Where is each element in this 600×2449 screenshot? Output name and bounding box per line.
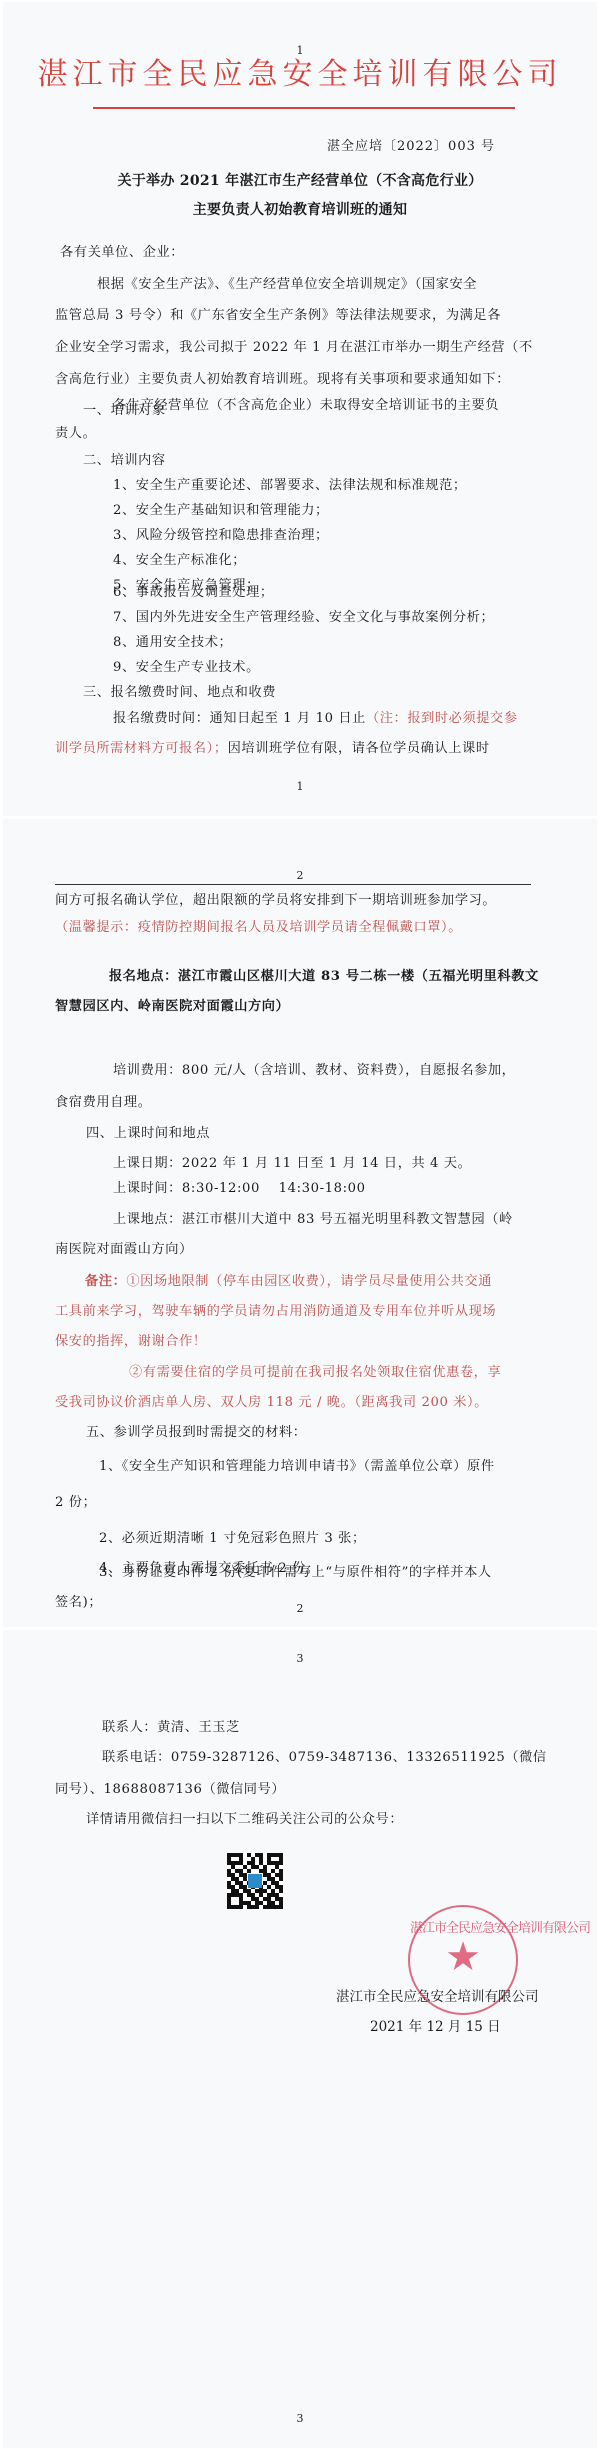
page-number-top: 2 xyxy=(3,869,597,882)
material-item: 2、必须近期清晰 1 寸免冠彩色照片 3 张； xyxy=(99,1527,366,1546)
signature-company: 湛江市全民应急安全培训有限公司 xyxy=(336,1985,539,2005)
content-item: 9、安全生产专业技术。 xyxy=(113,656,260,675)
letterhead-divider xyxy=(93,107,515,109)
note1-text: ①因场地限制（停车由园区收费），请学员尽量使用公共交通 xyxy=(126,1274,492,1289)
page-number-bottom: 2 xyxy=(0,1602,600,1615)
note1-line3: 保安的指挥，谢谢合作！ xyxy=(55,1330,207,1349)
registration-time: 报名缴费时间：通知日起至 1 月 10 日止（注：报到时必须提交参 xyxy=(113,707,518,726)
registration-place-line2: 智慧园区内、岭南医院对面霞山方向） xyxy=(55,995,289,1014)
note2-line1: ②有需要住宿的学员可提前在我司报名处领取住宿优惠卷，享 xyxy=(129,1361,501,1380)
class-place-line1: 上课地点：湛江市椹川大道中 83 号五福光明里科教文智慧园（岭 xyxy=(113,1208,513,1227)
document-page-3: 3 联系人：黄清、王玉芝 联系电话：0759-3287126、0759-3487… xyxy=(3,1630,597,2448)
section-heading: 五、参训学员报到时需提交的材料： xyxy=(86,1421,307,1440)
contact-phone-line1: 联系电话：0759-3287126、0759-3487136、133265119… xyxy=(102,1746,547,1765)
intro-line: 企业安全学习需求，我公司拟于 2022 年 1 月在湛江市举办一期生产经营（不 xyxy=(55,336,533,355)
warm-tip: （温馨提示：疫情防控期间报名人员及培训学员请全程佩戴口罩）。 xyxy=(55,916,462,935)
wechat-instruction: 详情请用微信扫一扫以下二维码关注公司的公众号： xyxy=(86,1808,403,1827)
document-page-1: 1 湛江市全民应急安全培训有限公司 湛全应培〔2022〕003 号 关于举办 2… xyxy=(3,2,597,816)
content-item: 1、安全生产重要论述、部署要求、法律法规和标准规范； xyxy=(113,474,467,493)
registration-time-text: 因培训班学位有限，请各位学员确认上课时 xyxy=(228,741,490,756)
page-number-top: 3 xyxy=(3,1652,597,1665)
note2-line2: 受我司协议价酒店单人房、双人房 118 元 / 晚。（距离我司 200 米）。 xyxy=(55,1391,488,1410)
notice-title-line2: 主要负责人初始教育培训班的通知 xyxy=(3,199,597,219)
salutation: 各有关单位、企业： xyxy=(60,241,184,260)
content-item: 6、事故报告及调查处理； xyxy=(113,581,274,600)
seal-star-icon: ★ xyxy=(410,1937,516,1977)
registration-time-cont: 间方可报名确认学位，超出限额的学员将安排到下一期培训班参加学习。 xyxy=(55,889,496,908)
registration-note: （注：报到时必须提交参 xyxy=(366,711,518,726)
class-time: 上课时间：8:30-12:00 14:30-18:00 xyxy=(113,1177,366,1196)
note-label: 备注： xyxy=(85,1274,126,1289)
document-number: 湛全应培〔2022〕003 号 xyxy=(327,135,495,154)
class-place-line2: 南医院对面霞山方向） xyxy=(55,1238,193,1257)
content-item: 8、通用安全技术； xyxy=(113,631,232,650)
fee-line2: 食宿费用自理。 xyxy=(55,1091,152,1110)
page-number-bottom: 1 xyxy=(3,780,597,793)
qr-code-icon[interactable] xyxy=(227,1853,283,1909)
intro-line: 根据《安全生产法》、《生产经营单位安全培训规定》（国家安全 xyxy=(97,273,477,292)
target-line: 各生产经营单位（不含高危企业）未取得安全培训证书的主要负 xyxy=(113,394,499,413)
note1-line1: 备注：①因场地限制（停车由园区收费），请学员尽量使用公共交通 xyxy=(85,1270,492,1289)
contact-phone-line2: 同号）、18688087136（微信同号） xyxy=(55,1778,285,1797)
page-divider xyxy=(55,884,531,885)
material-item: 1、《安全生产知识和管理能力培训申请书》（需盖单位公章）原件 xyxy=(99,1455,495,1474)
note1-line2: 工具前来学习，驾驶车辆的学员请勿占用消防通道及专用车位并听从现场 xyxy=(55,1300,496,1319)
document-page-2: 2 间方可报名确认学位，超出限额的学员将安排到下一期培训班参加学习。 （温馨提示… xyxy=(3,819,597,1627)
fee-line1: 培训费用：800 元/人（含培训、教材、资料费），自愿报名参加， xyxy=(113,1059,515,1078)
content-item: 3、风险分级管控和隐患排查治理； xyxy=(113,524,329,543)
intro-line: 监管总局 3 号令）和《广东省安全生产条例》等法律法规要求，为满足各 xyxy=(55,304,501,323)
contact-people: 联系人：黄清、王玉芝 xyxy=(102,1716,240,1735)
company-letterhead: 湛江市全民应急安全培训有限公司 xyxy=(3,49,597,93)
content-item: 4、安全生产标准化； xyxy=(113,549,246,568)
material-item: 4、主要负责人需提交委托书 2 份。 xyxy=(99,1557,320,1576)
section-heading: 四、上课时间和地点 xyxy=(86,1122,210,1141)
registration-note: 训学员所需材料方可报名）； xyxy=(55,741,228,756)
section-heading: 三、报名缴费时间、地点和收费 xyxy=(83,681,276,700)
content-item: 2、安全生产基础知识和管理能力； xyxy=(113,499,329,518)
page-number-bottom: 3 xyxy=(3,2412,597,2425)
class-date: 上课日期：2022 年 1 月 11 日至 1 月 14 日，共 4 天。 xyxy=(113,1152,471,1171)
registration-time-cont: 训学员所需材料方可报名）；因培训班学位有限，请各位学员确认上课时 xyxy=(55,737,490,756)
qr-logo-icon xyxy=(248,1874,262,1888)
section-heading: 二、培训内容 xyxy=(83,449,166,468)
content-item: 7、国内外先进安全生产管理经验、安全文化与事故案例分析； xyxy=(113,606,494,625)
target-line: 责人。 xyxy=(55,422,96,441)
registration-place-line1: 报名地点：湛江市霞山区椹川大道 83 号二栋一楼（五福光明里科教文 xyxy=(109,965,539,984)
intro-line: 含高危行业）主要负责人初始教育培训班。现将有关事项和要求通知如下： xyxy=(55,368,510,387)
notice-title-line1: 关于举办 2021 年湛江市生产经营单位（不含高危行业） xyxy=(3,170,597,190)
registration-time-text: 报名缴费时间：通知日起至 1 月 10 日止 xyxy=(113,711,366,726)
signature-date: 2021 年 12 月 15 日 xyxy=(370,2015,501,2035)
material-item: 2 份； xyxy=(55,1491,96,1510)
